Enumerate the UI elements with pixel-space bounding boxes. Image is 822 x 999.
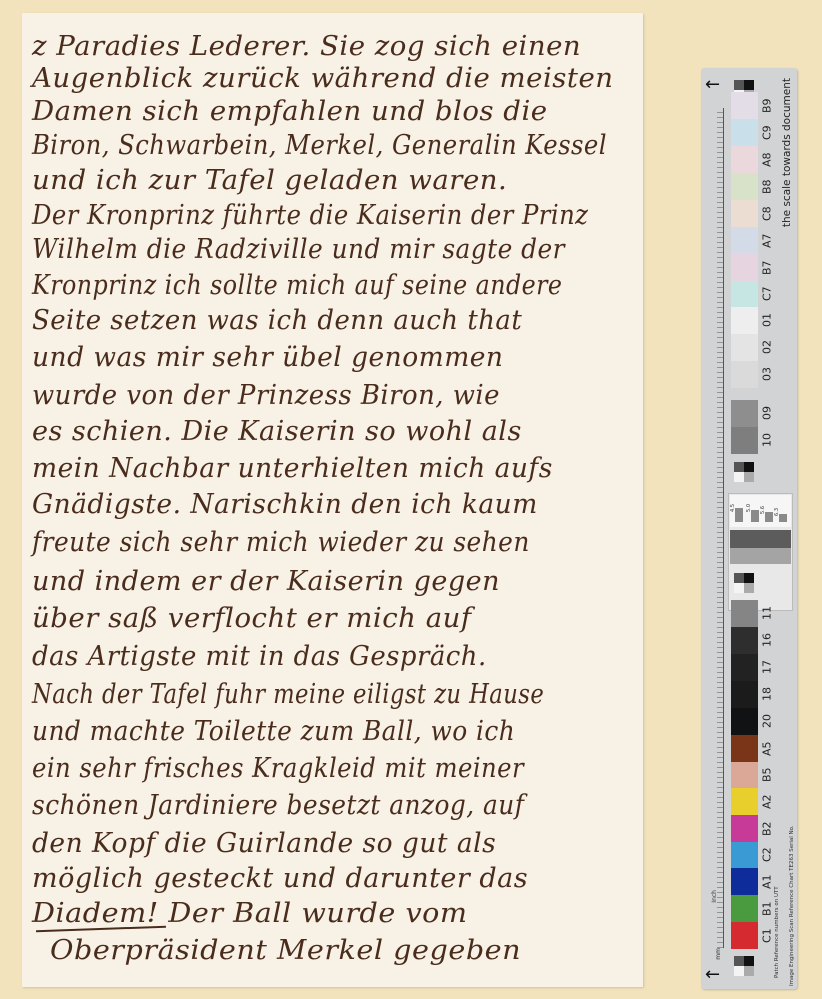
chart-caption: the scale towards document xyxy=(781,78,793,227)
ruler-unit-mm: mm xyxy=(715,948,722,960)
patch-label: 09 xyxy=(759,400,775,427)
manuscript-line: den Kopf die Guirlande so gut als xyxy=(32,828,496,859)
color-patch-A5 xyxy=(731,735,758,762)
patch-label: A8 xyxy=(759,146,775,173)
manuscript-line: Nach der Tafel fuhr meine eiligst zu Hau… xyxy=(32,679,544,710)
patch-label: C8 xyxy=(759,200,775,227)
patch-label: B1 xyxy=(759,895,775,922)
color-patch-A2 xyxy=(731,788,758,815)
manuscript-line: Augenblick zurück während die meisten xyxy=(32,63,614,94)
manuscript-line: z Paradies Lederer. Sie zog sich einen xyxy=(32,31,581,62)
manuscript-line: schönen Jardiniere besetzt anzog, auf xyxy=(32,790,524,821)
manuscript-line: und indem er der Kaiserin gegen xyxy=(32,566,500,597)
gray-patch-01 xyxy=(731,307,758,334)
gray-patch-10 xyxy=(731,427,758,454)
patch-label: 16 xyxy=(759,627,775,654)
patch-label: 11 xyxy=(759,600,775,627)
gray-patch-11 xyxy=(731,600,758,627)
color-patch-A1 xyxy=(731,868,758,895)
patch-label: A7 xyxy=(759,227,775,254)
patch-label: C2 xyxy=(759,842,775,868)
chart-footer: Image Engineering Scan Reference Chart T… xyxy=(789,798,795,986)
manuscript-line: ein sehr frisches Kragkleid mit meiner xyxy=(32,753,524,784)
manuscript-line: mein Nachbar unterhielten mich aufs xyxy=(32,453,553,484)
gray-patch-20 xyxy=(731,708,758,735)
manuscript-line: Damen sich empfahlen und blos die xyxy=(32,96,548,127)
manuscript-line: Gnädigste. Narischkin den ich kaum xyxy=(32,489,538,520)
arrow-left-icon: ← xyxy=(705,966,720,984)
manuscript-line: über saß verflocht er mich auf xyxy=(32,603,472,634)
gray-quad-target xyxy=(734,462,754,482)
manuscript-line: und machte Toilette zum Ball, wo ich xyxy=(32,716,515,747)
manuscript-line: wurde von der Prinzess Biron, wie xyxy=(32,380,500,411)
manuscript-line: es schien. Die Kaiserin so wohl als xyxy=(32,416,522,447)
color-patch-C2 xyxy=(731,842,758,868)
resolution-gauge: 4.5 5.0 5.6 6.3 xyxy=(728,493,793,611)
gauge-label: 6.3 xyxy=(774,508,780,516)
manuscript-line: und was mir sehr übel genommen xyxy=(32,342,503,373)
ruler-unit-inch: Inch xyxy=(711,890,718,903)
manuscript-page: z Paradies Lederer. Sie zog sich einen A… xyxy=(22,13,643,987)
patch-label: 10 xyxy=(759,427,775,454)
gray-quad-target xyxy=(734,573,754,593)
color-patch-C7 xyxy=(731,281,758,307)
patch-label: B2 xyxy=(759,815,775,842)
patch-label: A1 xyxy=(759,868,775,895)
manuscript-line: Diadem! Der Ball wurde vom xyxy=(32,898,468,929)
patch-label: A5 xyxy=(759,735,775,762)
patch-label: C7 xyxy=(759,281,775,307)
gray-patch-03 xyxy=(731,361,758,388)
patch-reference-note: Patch Reference numbers on UTT xyxy=(774,808,780,978)
manuscript-line: Seite setzen was ich denn auch that xyxy=(32,305,522,336)
patch-label: 17 xyxy=(759,654,775,681)
patch-label: 18 xyxy=(759,681,775,708)
color-patch-B5 xyxy=(731,762,758,788)
patch-label: 03 xyxy=(759,361,775,388)
manuscript-line: das Artigste mit in das Gespräch. xyxy=(32,641,487,672)
manuscript-line: Wilhelm die Radziville und mir sagte der xyxy=(32,234,565,265)
color-patch-C1 xyxy=(731,922,758,949)
gauge-label: 5.0 xyxy=(746,504,752,512)
patch-label: B7 xyxy=(759,254,775,281)
arrow-left-icon: ← xyxy=(705,76,720,94)
patch-label: B5 xyxy=(759,762,775,788)
manuscript-line: Kronprinz ich sollte mich auf seine ande… xyxy=(32,270,562,301)
color-patch-B8 xyxy=(731,173,758,200)
patch-label: B9 xyxy=(759,92,775,119)
color-patch-B1 xyxy=(731,895,758,922)
manuscript-line: Biron, Schwarbein, Merkel, Generalin Kes… xyxy=(32,130,607,161)
gray-patch-09 xyxy=(731,400,758,427)
color-patch-B7 xyxy=(731,254,758,281)
ruler-scale xyxy=(709,108,724,948)
color-patch-B2 xyxy=(731,815,758,842)
manuscript-line: und ich zur Tafel geladen waren. xyxy=(32,165,507,196)
patch-label: A2 xyxy=(759,788,775,815)
patch-label: C1 xyxy=(759,922,775,949)
manuscript-line: Oberpräsident Merkel gegeben xyxy=(50,935,521,966)
scan-reference-chart: ← the scale towards document B9 C9 A8 B8… xyxy=(701,68,797,989)
patch-label: 20 xyxy=(759,708,775,735)
gray-patch-02 xyxy=(731,334,758,361)
gray-patch-17 xyxy=(731,654,758,681)
gray-patch-16 xyxy=(731,627,758,654)
manuscript-line: möglich gesteckt und darunter das xyxy=(32,863,528,894)
patch-label: 01 xyxy=(759,307,775,334)
gray-patch-18 xyxy=(731,681,758,708)
gray-quad-target xyxy=(734,956,754,976)
gauge-label: 4.5 xyxy=(730,504,736,512)
color-patch-C9 xyxy=(731,119,758,146)
manuscript-line: freute sich sehr mich wieder zu sehen xyxy=(32,527,530,558)
color-patch-B9 xyxy=(731,92,758,119)
color-patch-A8 xyxy=(731,146,758,173)
patch-label: B8 xyxy=(759,173,775,200)
gauge-label: 5.6 xyxy=(760,506,766,514)
patch-label: 02 xyxy=(759,334,775,361)
manuscript-line: Der Kronprinz führte die Kaiserin der Pr… xyxy=(32,200,588,231)
patch-label: C9 xyxy=(759,119,775,146)
color-patch-C8 xyxy=(731,200,758,227)
color-patch-A7 xyxy=(731,227,758,254)
